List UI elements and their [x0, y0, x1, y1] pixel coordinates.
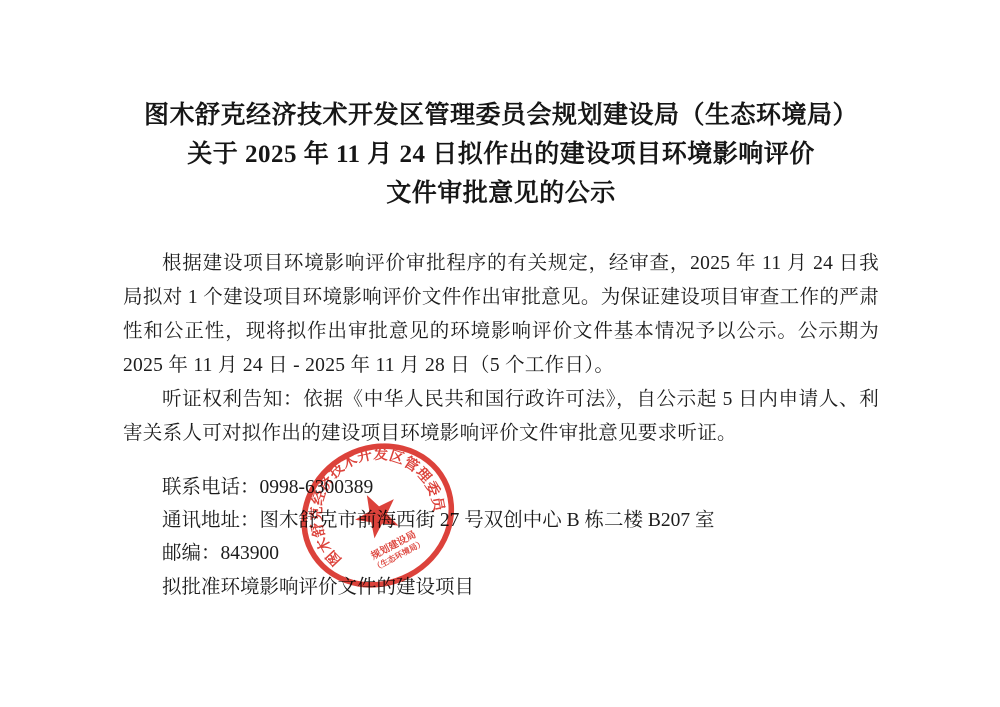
contact-address-label: 通讯地址：	[162, 510, 260, 531]
contact-block: 联系电话：0998-6300389 通讯地址：图木舒克市前海西街 27 号双创中…	[162, 471, 879, 604]
document-title: 图木舒克经济技术开发区管理委员会规划建设局（生态环境局） 关于 2025 年 1…	[123, 96, 879, 213]
title-line-1: 图木舒克经济技术开发区管理委员会规划建设局（生态环境局）	[123, 96, 879, 135]
title-line-2: 关于 2025 年 11 月 24 日拟作出的建设项目环境影响评价	[123, 135, 879, 174]
contact-postcode-label: 邮编：	[162, 543, 221, 564]
closing-line: 拟批准环境影响评价文件的建设项目	[162, 571, 879, 604]
document-content: 图木舒克经济技术开发区管理委员会规划建设局（生态环境局） 关于 2025 年 1…	[123, 96, 879, 604]
paragraph-hearing-rights: 听证权利告知：依据《中华人民共和国行政许可法》，自公示起 5 日内申请人、利害关…	[123, 383, 879, 451]
contact-postcode-value: 843900	[221, 543, 280, 564]
contact-phone-value: 0998-6300389	[260, 477, 374, 498]
contact-phone-label: 联系电话：	[162, 477, 260, 498]
contact-address-line: 通讯地址：图木舒克市前海西街 27 号双创中心 B 栋二楼 B207 室	[162, 504, 879, 537]
contact-address-value: 图木舒克市前海西街 27 号双创中心 B 栋二楼 B207 室	[260, 510, 715, 531]
contact-phone-line: 联系电话：0998-6300389	[162, 471, 879, 504]
document-page: 图木舒克经济技术开发区管理委员会规划建设局（生态环境局） 关于 2025 年 1…	[0, 0, 1000, 707]
title-line-3: 文件审批意见的公示	[123, 174, 879, 213]
paragraph-notice: 根据建设项目环境影响评价审批程序的有关规定，经审查，2025 年 11 月 24…	[123, 247, 879, 383]
document-body: 根据建设项目环境影响评价审批程序的有关规定，经审查，2025 年 11 月 24…	[123, 247, 879, 451]
contact-postcode-line: 邮编：843900	[162, 537, 879, 570]
